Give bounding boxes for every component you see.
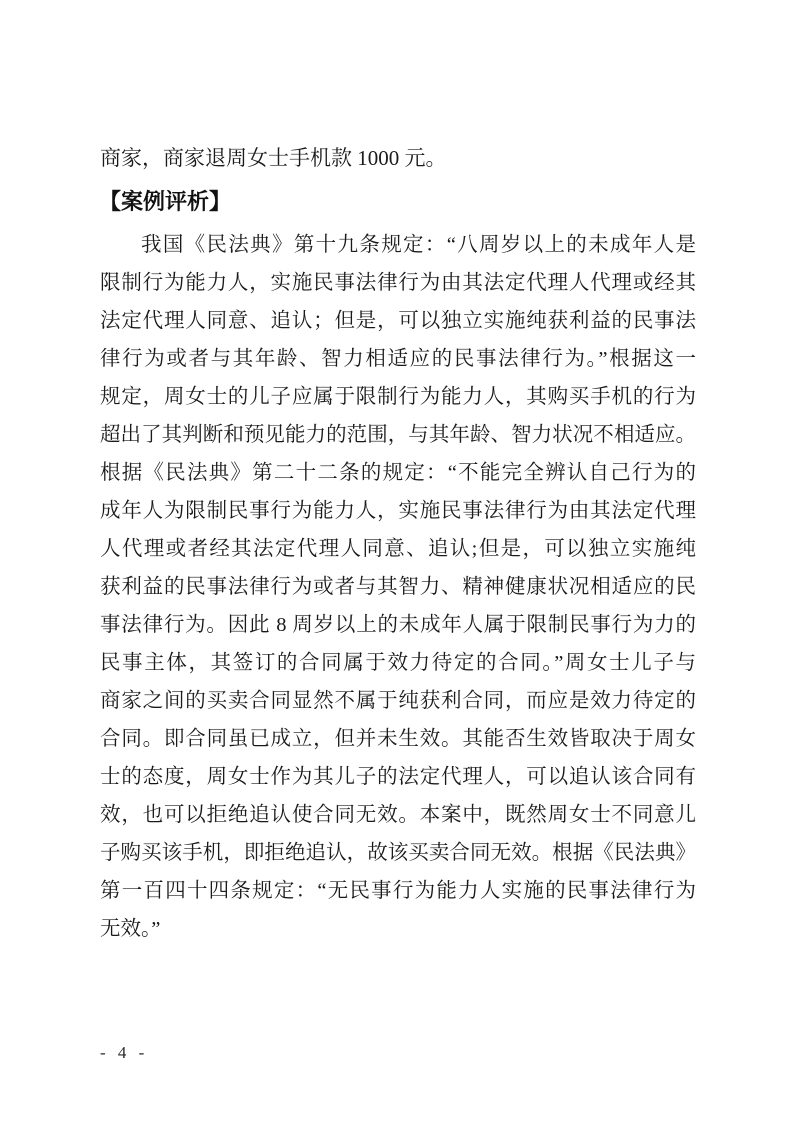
document-page: 商家，商家退周女士手机款 1000 元。 【案例评析】 我国《民法典》第十九条规… (0, 0, 793, 1122)
paragraph-continuation-line: 商家，商家退周女士手机款 1000 元。 (100, 143, 696, 173)
paragraph-line: 士的态度，周女士作为其儿子的法定代理人，可以追认该合同有 (100, 758, 696, 796)
paragraph-line: 我国《民法典》第十九条规定：“八周岁以上的未成年人是 (100, 226, 696, 264)
paragraph-line: 根据《民法典》第二十二条的规定：“不能完全辨认自己行为的 (100, 454, 696, 492)
paragraph-line: 法定代理人同意、追认；但是，可以独立实施纯获利益的民事法 (100, 302, 696, 340)
paragraph-line: 规定，周女士的儿子应属于限制行为能力人，其购买手机的行为 (100, 378, 696, 416)
page-number: - 4 - (100, 1043, 148, 1063)
section-heading: 【案例评析】 (99, 187, 231, 217)
paragraph-line: 人代理或者经其法定代理人同意、追认;但是，可以独立实施纯 (100, 530, 696, 568)
paragraph-line: 获利益的民事法律行为或者与其智力、精神健康状况相适应的民 (100, 568, 696, 606)
paragraph-line: 律行为或者与其年龄、智力相适应的民事法律行为。”根据这一 (100, 340, 696, 378)
paragraph-line: 效，也可以拒绝追认使合同无效。本案中，既然周女士不同意儿 (100, 796, 696, 834)
paragraph-line: 商家之间的买卖合同显然不属于纯获利合同，而应是效力待定的 (100, 682, 696, 720)
paragraph-line: 事法律行为。因此 8 周岁以上的未成年人属于限制民事行为力的 (100, 606, 696, 644)
paragraph-line: 子购买该手机，即拒绝追认，故该买卖合同无效。根据《民法典》 (100, 834, 696, 872)
analysis-paragraph: 我国《民法典》第十九条规定：“八周岁以上的未成年人是限制行为能力人，实施民事法律… (100, 226, 696, 948)
paragraph-line: 民事主体，其签订的合同属于效力待定的合同。”周女士儿子与 (100, 644, 696, 682)
paragraph-line: 超出了其判断和预见能力的范围，与其年龄、智力状况不相适应。 (100, 416, 696, 454)
paragraph-line: 限制行为能力人，实施民事法律行为由其法定代理人代理或经其 (100, 264, 696, 302)
paragraph-line: 合同。即合同虽已成立，但并未生效。其能否生效皆取决于周女 (100, 720, 696, 758)
paragraph-line: 无效。” (100, 910, 696, 948)
paragraph-line: 第一百四十四条规定：“无民事行为能力人实施的民事法律行为 (100, 872, 696, 910)
paragraph-line: 成年人为限制民事行为能力人，实施民事法律行为由其法定代理 (100, 492, 696, 530)
